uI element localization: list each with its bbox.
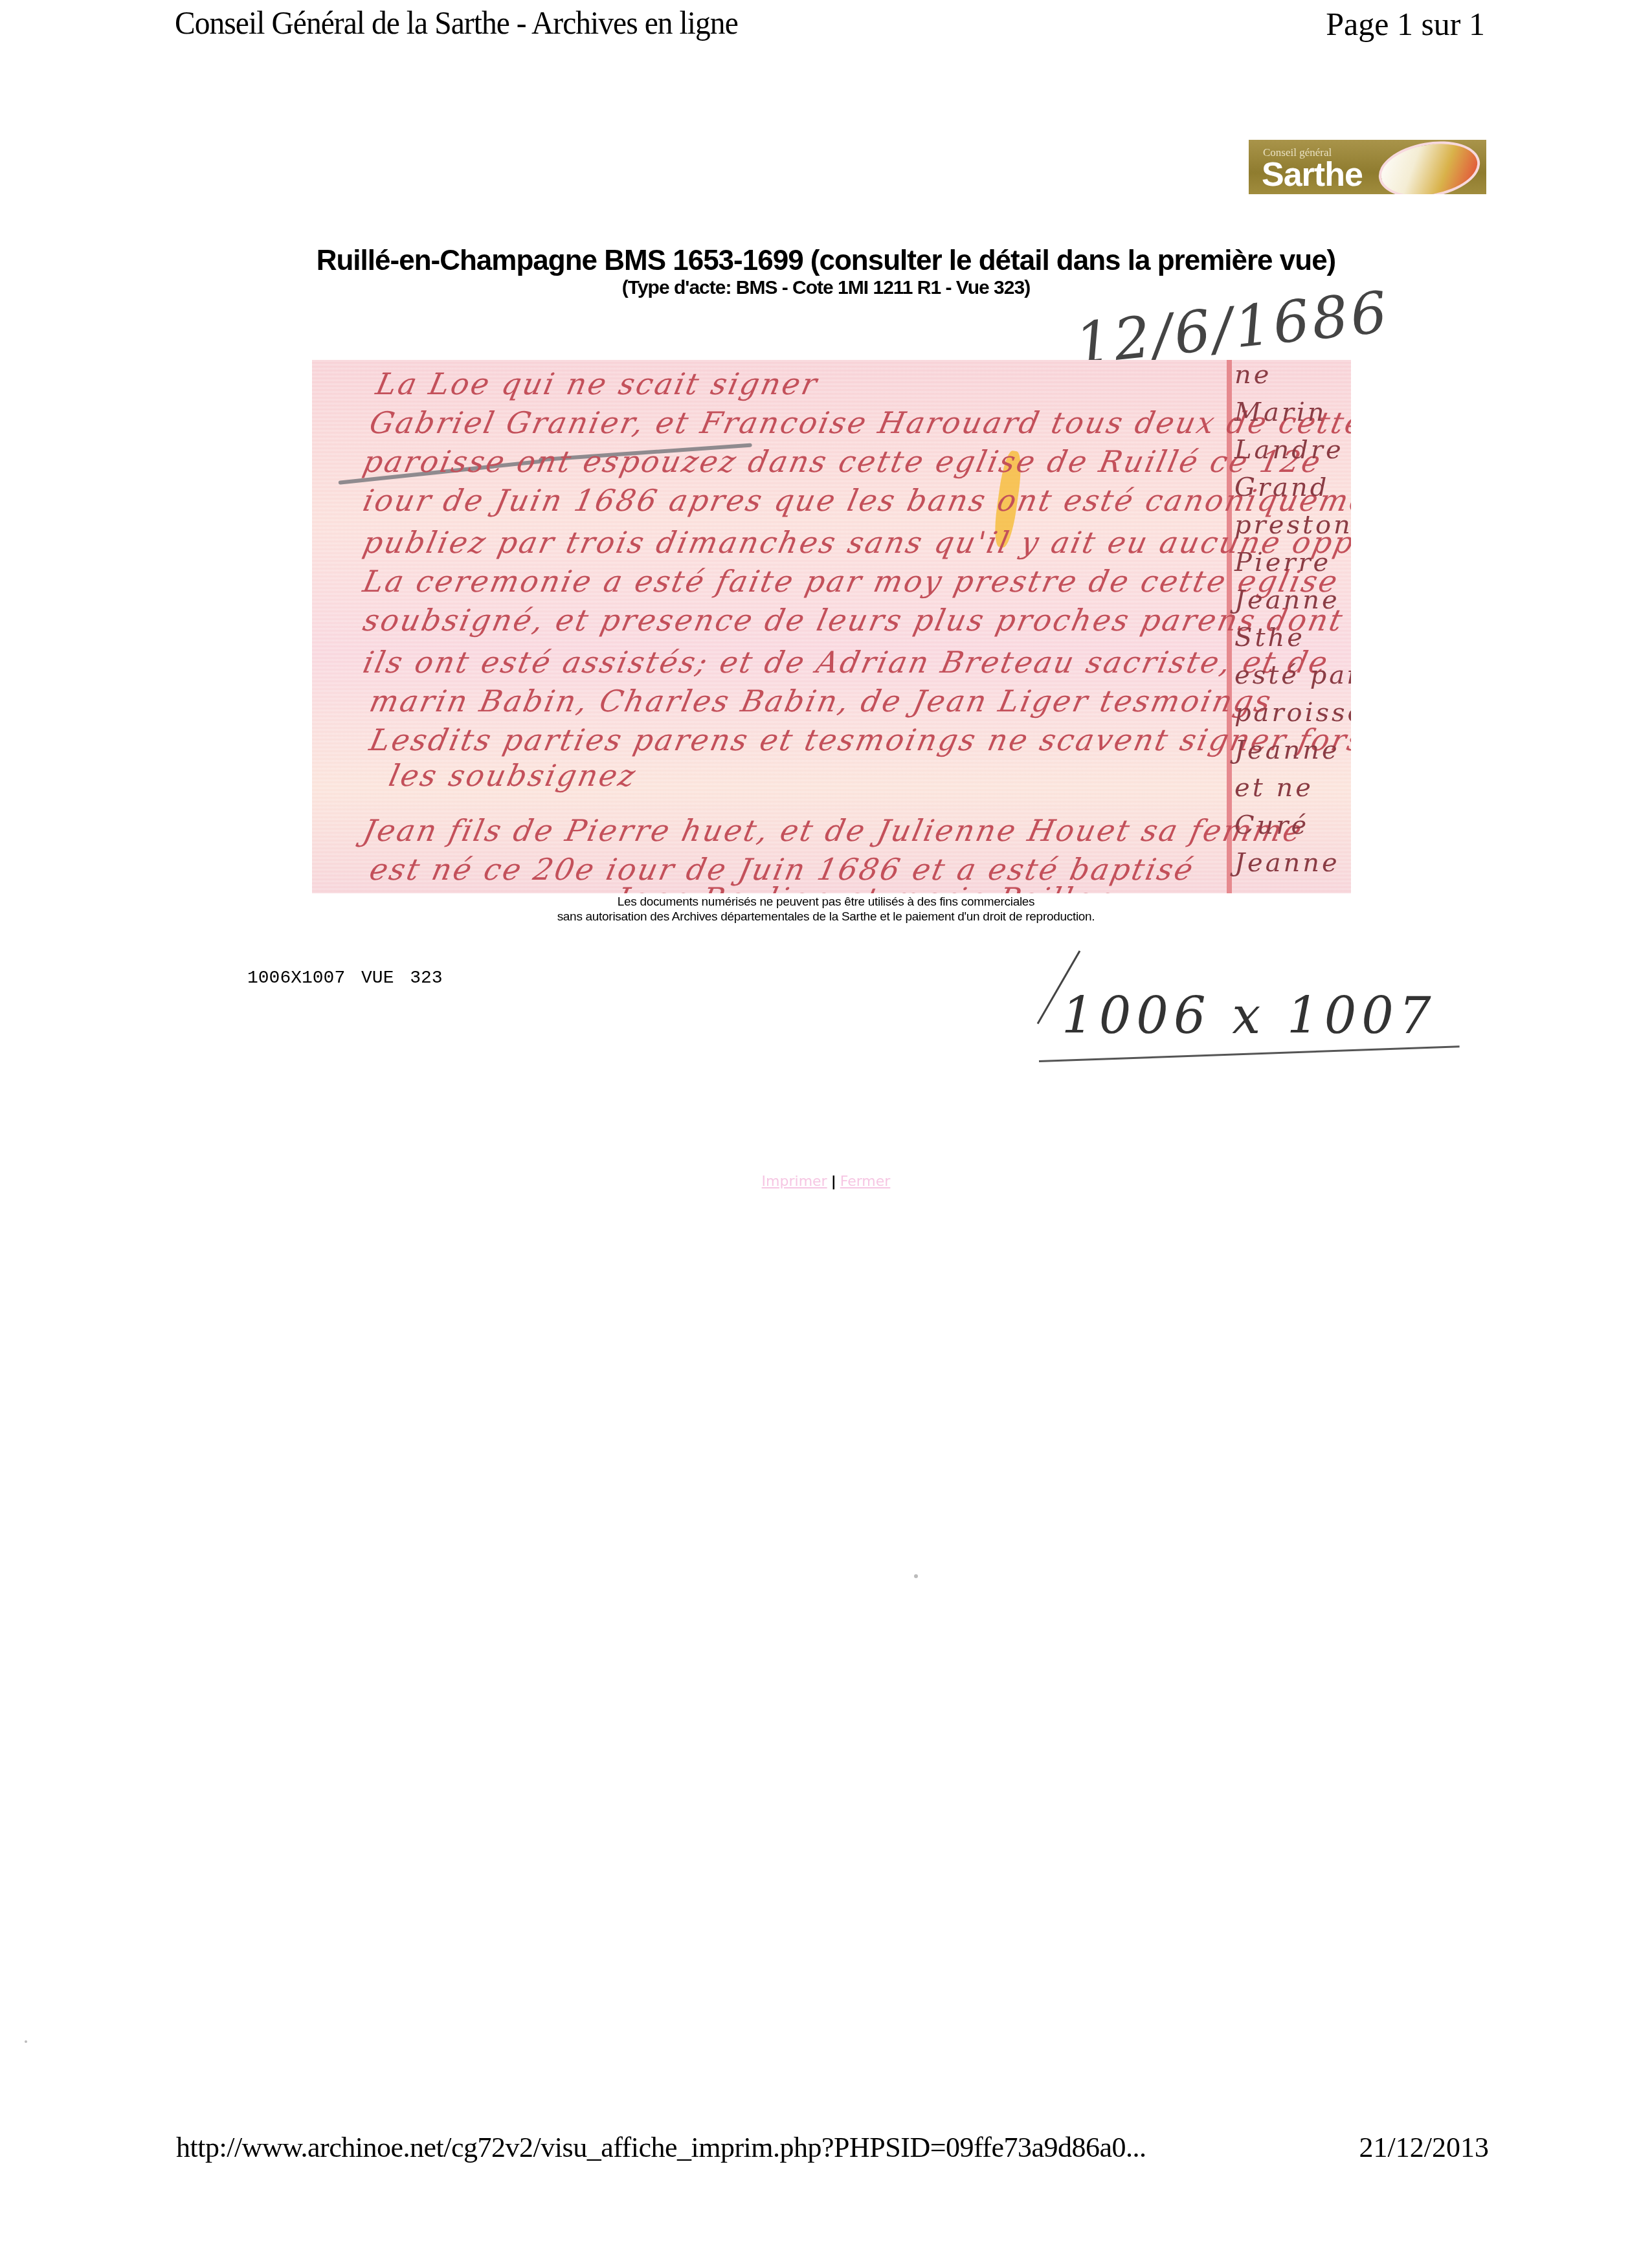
manuscript-margin-line: Pierre: [1234, 548, 1331, 577]
manuscript-margin-line: Jeanne: [1234, 585, 1340, 615]
manuscript-line: La ceremonie a esté faite par moy prestr…: [360, 564, 1342, 599]
manuscript-line: soubsigné, et presence de leurs plus pro…: [360, 603, 1347, 638]
caption-view: VUE 323: [361, 968, 443, 988]
sarthe-logo: Conseil général Sarthe: [1249, 140, 1486, 194]
manuscript-margin-line: Jeanne: [1234, 735, 1340, 765]
manuscript-margin-line: esté pain: [1234, 660, 1351, 690]
manuscript-line: Gabriel Granier, et Francoise Harouard t…: [366, 405, 1351, 440]
caption-dimensions: 1006X1007: [247, 968, 345, 988]
sarthe-emblem-icon: [1374, 140, 1484, 194]
manuscript-line: paroisse ont espouzez dans cette eglise …: [360, 444, 1325, 479]
manuscript-line: Lesdits parties parens et tesmoings ne s…: [366, 722, 1351, 757]
manuscript-line: les soubsignez: [386, 758, 640, 793]
handwritten-underline: [1039, 1045, 1460, 1062]
handwritten-dimensions-annotation: 1006 x 1007: [1062, 987, 1436, 1045]
print-link[interactable]: Imprimer: [762, 1174, 827, 1190]
manuscript-line: iour de Juin 1686 apres que les bans ont…: [360, 483, 1351, 518]
document-subtitle: (Type d'acte: BMS - Cote 1MI 1211 R1 - V…: [0, 277, 1652, 299]
print-footer-date: 21/12/2013: [1359, 2131, 1489, 2164]
copyright-notice-line2: sans autorisation des Archives départeme…: [0, 910, 1652, 924]
manuscript-line: Jean fils de Pierre huet, et de Julienne…: [360, 813, 1306, 848]
copyright-notice-line1: Les documents numérisés ne peuvent pas ê…: [0, 895, 1652, 909]
manuscript-line: ... Jean Roulier, et marie Poillon ...: [567, 881, 1165, 893]
link-separator: |: [831, 1174, 836, 1190]
logo-big-text: Sarthe: [1262, 155, 1363, 194]
manuscript-line: publiez par trois dimanches sans qu'il y…: [360, 525, 1351, 560]
scan-speck: [914, 1574, 918, 1578]
scan-speck: [25, 2040, 27, 2043]
close-link[interactable]: Fermer: [840, 1174, 891, 1190]
manuscript-margin-line: prestoniere: [1234, 510, 1351, 540]
print-footer-url: http://www.archinoe.net/cg72v2/visu_affi…: [176, 2131, 1146, 2164]
manuscript-line: La Loe qui ne scait signer: [373, 366, 821, 401]
manuscript-image: La Loe qui ne scait signerGabriel Granie…: [312, 360, 1351, 893]
manuscript-line: ils ont esté assistés; et de Adrian Bret…: [360, 645, 1332, 680]
image-caption: 1006X1007 VUE 323: [247, 968, 443, 988]
manuscript-margin-line: Curé: [1234, 810, 1309, 840]
print-header-page-indicator: Page 1 sur 1: [1326, 5, 1485, 43]
manuscript-margin-line: et ne: [1234, 773, 1313, 803]
manuscript-margin-line: Sthe: [1234, 623, 1305, 652]
manuscript-margin-line: Grand: [1234, 473, 1329, 502]
manuscript-line: marin Babin, Charles Babin, de Jean Lige…: [366, 684, 1276, 719]
print-header-site-title: Conseil Général de la Sarthe - Archives …: [175, 4, 738, 41]
manuscript-margin-line: ne: [1234, 360, 1271, 390]
manuscript-margin-line: paroisse: [1234, 698, 1351, 728]
manuscript-margin-line: Marin: [1234, 397, 1326, 427]
action-links: Imprimer|Fermer: [0, 1174, 1652, 1190]
manuscript-margin-line: Jeanne: [1234, 848, 1340, 878]
document-title: Ruillé-en-Champagne BMS 1653-1699 (consu…: [0, 245, 1652, 277]
manuscript-margin-line: Landre: [1234, 435, 1344, 465]
